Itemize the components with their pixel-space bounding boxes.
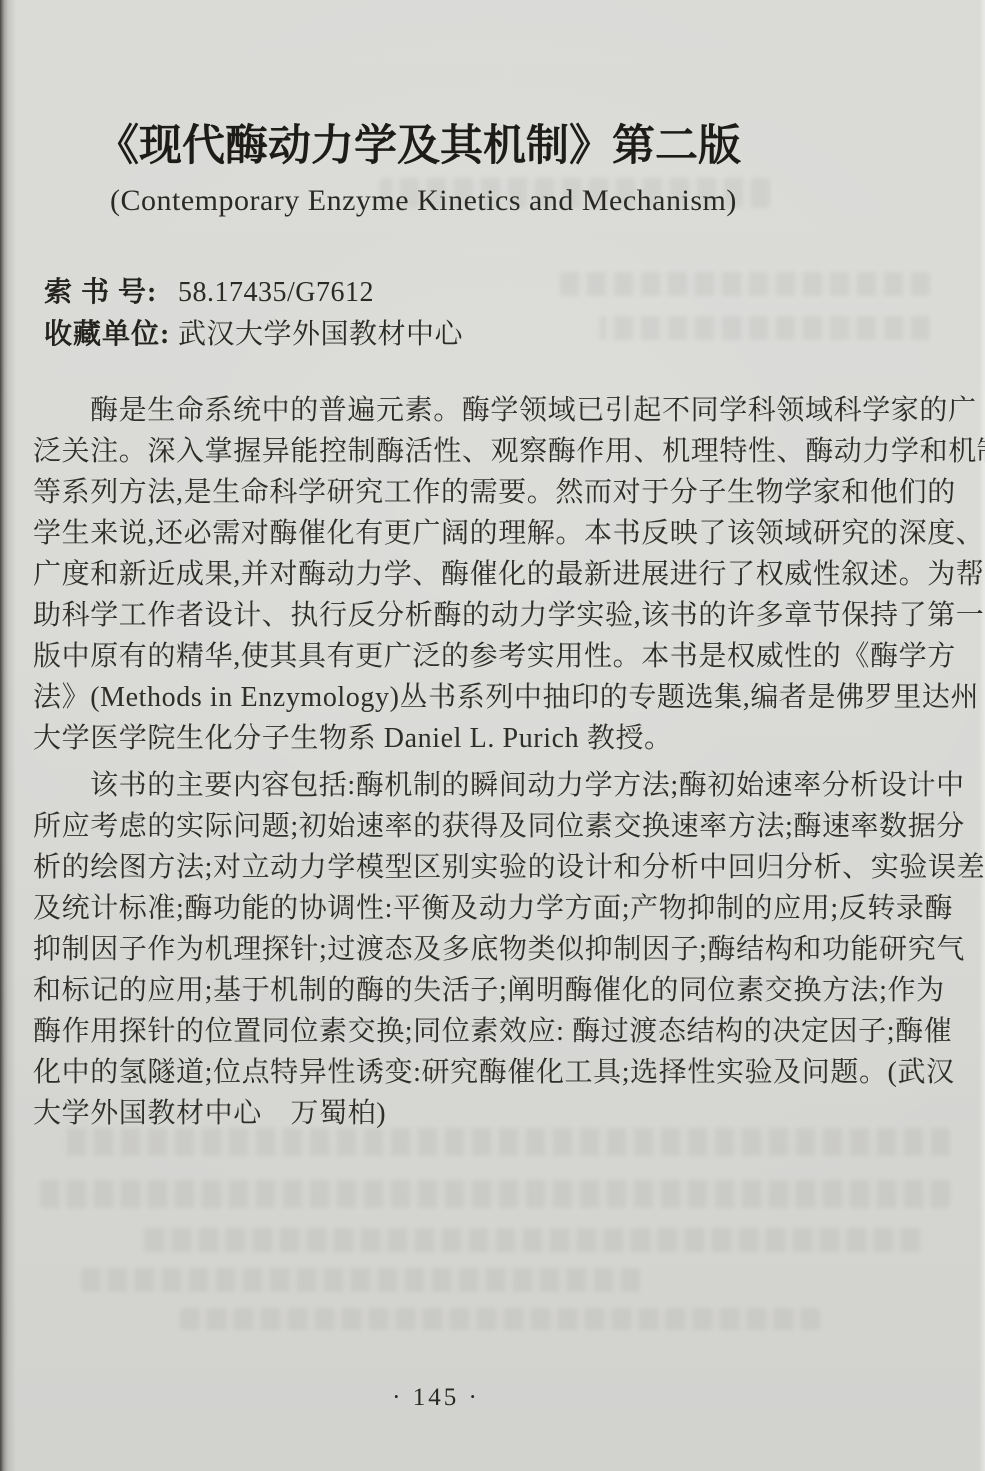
text-line: 广度和新近成果,并对酶动力学、酶催化的最新进展进行了权威性叙述。为帮 [33, 554, 903, 595]
bleed-through-text [140, 1228, 920, 1252]
book-description: 酶是生命系统中的普遍元素。酶学领域已引起不同学科领域科学家的广 泛关注。深入掌握… [33, 390, 903, 1134]
call-number-label: 索 书 号: [44, 270, 174, 310]
scan-edge-right [979, 0, 985, 1471]
bleed-through-text [80, 1268, 640, 1292]
paragraph-overview: 酶是生命系统中的普遍元素。酶学领域已引起不同学科领域科学家的广 泛关注。深入掌握… [33, 390, 903, 759]
text-line: 析的绘图方法;对立动力学模型区别实验的设计和分析中回归分析、实验误差 [33, 847, 903, 888]
paragraph-contents: 该书的主要内容包括:酶机制的瞬间动力学方法;酶初始速率分析设计中 所应考虑的实际… [33, 765, 903, 1134]
text-line: 法》(Methods in Enzymology)丛书系列中抽印的专题选集,编者… [33, 677, 903, 718]
text-line: 所应考虑的实际问题;初始速率的获得及同位素交换速率方法;酶速率数据分 [33, 806, 903, 847]
text-line: 酶是生命系统中的普遍元素。酶学领域已引起不同学科领域科学家的广 [33, 390, 903, 431]
text-line: 和标记的应用;基于机制的酶的失活子;阐明酶催化的同位素交换方法;作为 [33, 970, 903, 1011]
book-title: 《现代酶动力学及其机制》第二版 [96, 112, 741, 173]
call-number-row: 索 书 号: 58.17435/G7612 [44, 270, 374, 310]
call-number-value: 58.17435/G7612 [178, 277, 374, 309]
bleed-through-text [180, 1308, 820, 1330]
text-line: 大学医学院生化分子生物系 Daniel L. Purich 教授。 [33, 718, 903, 759]
book-subtitle-english: (Contemporary Enzyme Kinetics and Mechan… [110, 184, 737, 218]
holding-unit-row: 收藏单位: 武汉大学外国教材中心 [44, 312, 463, 352]
text-line: 酶作用探针的位置同位素交换;同位素效应: 酶过渡态结构的决定因子;酶催 [33, 1011, 903, 1052]
bleed-through-text [560, 272, 930, 296]
holding-unit-value: 武汉大学外国教材中心 [178, 312, 463, 352]
holding-unit-label: 收藏单位: [44, 312, 174, 352]
text-line: 化中的氢隧道;位点特异性诱变:研究酶催化工具;选择性实验及问题。(武汉 [33, 1052, 903, 1093]
text-line: 该书的主要内容包括:酶机制的瞬间动力学方法;酶初始速率分析设计中 [33, 765, 903, 806]
text-line: 助科学工作者设计、执行反分析酶的动力学实验,该书的许多章节保持了第一 [33, 595, 903, 636]
page-number: · 145 · [0, 1384, 872, 1412]
text-line: 学生来说,还必需对酶催化有更广阔的理解。本书反映了该领域研究的深度、 [33, 513, 903, 554]
text-line: 版中原有的精华,使其具有更广泛的参考实用性。本书是权威性的《酶学方 [33, 636, 903, 677]
bleed-through-text [40, 1180, 950, 1208]
text-line: 抑制因子作为机理探针;过渡态及多底物类似抑制因子;酶结构和功能研究气 [33, 929, 903, 970]
text-line: 泛关注。深入掌握异能控制酶活性、观察酶作用、机理特性、酶动力学和机制 [33, 431, 903, 472]
scanned-book-page: 《现代酶动力学及其机制》第二版 (Contemporary Enzyme Kin… [0, 0, 985, 1471]
bleed-through-text [600, 316, 930, 340]
text-line: 及统计标准;酶功能的协调性:平衡及动力学方面;产物抑制的应用;反转录酶 [33, 888, 903, 929]
scan-edge-left [0, 0, 16, 1471]
text-line: 等系列方法,是生命科学研究工作的需要。然而对于分子生物学家和他们的 [33, 472, 903, 513]
text-line: 大学外国教材中心 万蜀柏) [33, 1093, 903, 1134]
